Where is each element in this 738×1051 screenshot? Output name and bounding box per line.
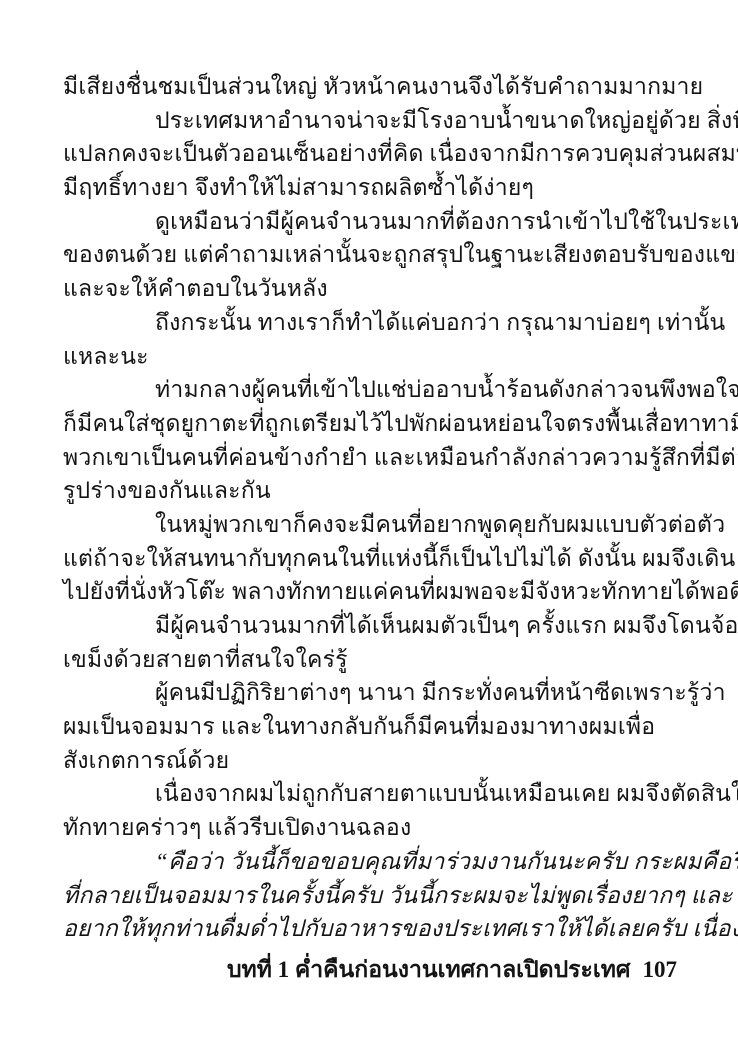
text-line: ที่กลายเป็นจอมมารในครั้งนี้ครับ วันนี้กร… <box>63 879 679 913</box>
text-line: ทักทายคร่าวๆ แล้วรีบเปิดงานฉลอง <box>63 811 679 845</box>
text-line: ท่ามกลางผู้คนที่เข้าไปแช่บ่ออาบน้ำร้อนดั… <box>63 373 679 407</box>
text-line: และจะให้คำตอบในวันหลัง <box>63 272 679 306</box>
book-page: มีเสียงชื่นชมเป็นส่วนใหญ่ หัวหน้าคนงานจึ… <box>0 0 738 1051</box>
text-line: อยากให้ทุกท่านดื่มด่ำไปกับอาหารของประเทศ… <box>63 912 679 946</box>
text-line: แหละนะ <box>63 340 679 374</box>
text-line: ของตนด้วย แต่คำถามเหล่านั้นจะถูกสรุปในฐา… <box>63 238 679 272</box>
text-line: มีเสียงชื่นชมเป็นส่วนใหญ่ หัวหน้าคนงานจึ… <box>63 70 679 104</box>
text-line: ประเทศมหาอำนาจน่าจะมีโรงอาบน้ำขนาดใหญ่อย… <box>63 104 679 138</box>
chapter-title: บทที่ 1 ค่ำคืนก่อนงานเทศกาลเปิดประเทศ <box>227 957 631 982</box>
text-line: มีฤทธิ์ทางยา จึงทำให้ไม่สามารถผลิตซ้ำได้… <box>63 171 679 205</box>
page-footer: บทที่ 1 ค่ำคืนก่อนงานเทศกาลเปิดประเทศ107 <box>227 953 677 986</box>
body-text: มีเสียงชื่นชมเป็นส่วนใหญ่ หัวหน้าคนงานจึ… <box>63 70 679 946</box>
text-line: เขม็งด้วยสายตาที่สนใจใคร่รู้ <box>63 643 679 677</box>
text-line: ก็มีคนใส่ชุดยูกาตะที่ถูกเตรียมไว้ไปพักผ่… <box>63 407 679 441</box>
page-number: 107 <box>643 957 678 982</box>
text-line: สังเกตการณ์ด้วย <box>63 744 679 778</box>
text-line: “คือว่า วันนี้ก็ขอขอบคุณที่มาร่วมงานกันน… <box>63 845 679 879</box>
text-line: มีผู้คนจำนวนมากที่ได้เห็นผมตัวเป็นๆ ครั้… <box>63 609 679 643</box>
text-line: ผมเป็นจอมมาร และในทางกลับกันก็มีคนที่มอง… <box>63 710 679 744</box>
text-line: พวกเขาเป็นคนที่ค่อนข้างกำยำ และเหมือนกำล… <box>63 441 679 475</box>
text-line: รูปร่างของกันและกัน <box>63 474 679 508</box>
text-line: ในหมู่พวกเขาก็คงจะมีคนที่อยากพูดคุยกับผม… <box>63 508 679 542</box>
text-line: ถึงกระนั้น ทางเราก็ทำได้แค่บอกว่า กรุณาม… <box>63 306 679 340</box>
text-line: เนื่องจากผมไม่ถูกกับสายตาแบบนั้นเหมือนเค… <box>63 777 679 811</box>
text-line: แปลกคงจะเป็นตัวออนเซ็นอย่างที่คิด เนื่อง… <box>63 137 679 171</box>
text-line: ไปยังที่นั่งหัวโต๊ะ พลางทักทายแค่คนที่ผม… <box>63 575 679 609</box>
text-line: แต่ถ้าจะให้สนทนากับทุกคนในที่แห่งนี้ก็เป… <box>63 542 679 576</box>
text-line: ผู้คนมีปฏิกิริยาต่างๆ นานา มีกระทั่งคนที… <box>63 676 679 710</box>
text-line: ดูเหมือนว่ามีผู้คนจำนวนมากที่ต้องการนำเข… <box>63 205 679 239</box>
